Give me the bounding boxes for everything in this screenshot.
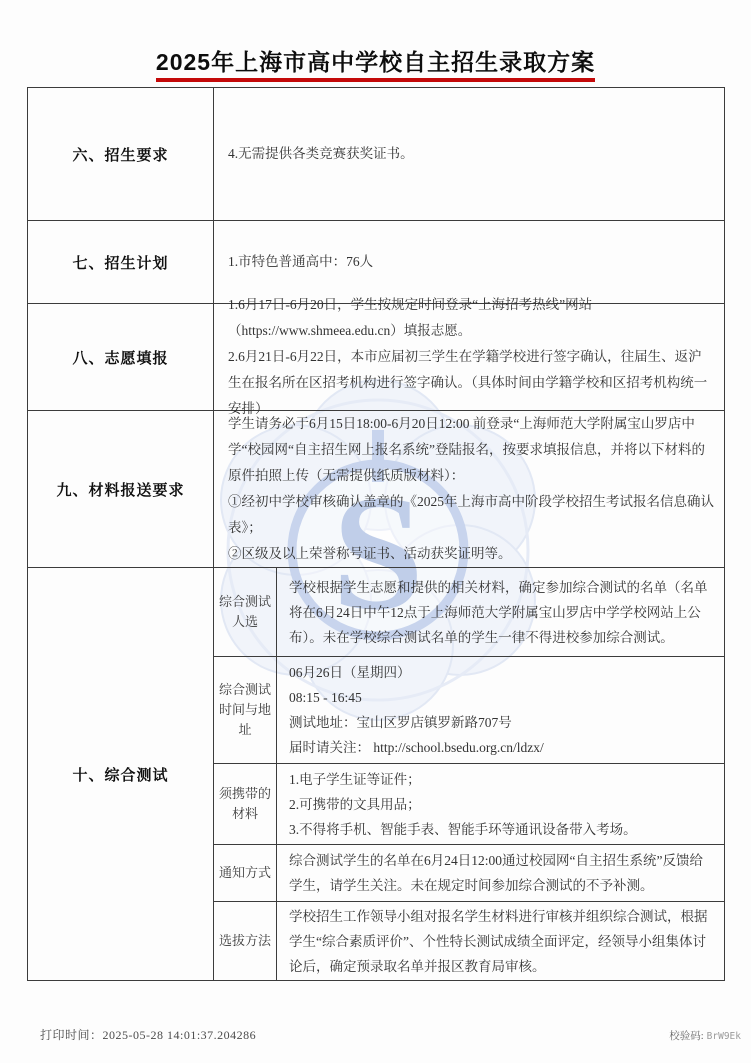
page-title: 2025年上海市高中学校自主招生录取方案 (0, 44, 751, 82)
check-code: 校验码:BrW9Ek (669, 1028, 741, 1043)
row-label: 九、材料报送要求 (28, 411, 214, 567)
sub-row-candidates: 综合测试人选 学校根据学生志愿和提供的相关材料，确定参加综合测试的名单（名单将在… (214, 568, 724, 657)
sub-row-label: 选拔方法 (214, 902, 277, 980)
sub-row-content: 学校招生工作领导小组对报名学生材料进行审核并组织综合测试，根据学生“综合素质评价… (277, 902, 724, 980)
row-content-text: 4.无需提供各类竞赛获奖证书。 (228, 141, 714, 167)
sub-row-label: 综合测试人选 (214, 568, 277, 656)
row-content: 4.无需提供各类竞赛获奖证书。 (214, 88, 724, 220)
sub-row-content: 1.电子学生证等证件； 2.可携带的文具用品； 3.不得将手机、智能手表、智能手… (277, 764, 724, 844)
sub-row-content-text: 06月26日（星期四） 08:15 - 16:45 测试地址：宝山区罗店镇罗新路… (289, 660, 716, 760)
sub-row-content: 综合测试学生的名单在6月24日12:00通过校园网“自主招生系统”反馈给学生，请… (277, 845, 724, 901)
comprehensive-test-subtable: 综合测试人选 学校根据学生志愿和提供的相关材料，确定参加综合测试的名单（名单将在… (214, 568, 724, 980)
page-footer: 打印时间：2025-05-28 14:01:37.204286 校验码:BrW9… (0, 1022, 751, 1052)
table-row-application: 八、志愿填报 1.6月17日-6月20日，学生按规定时间登录“上海招考热线”网站… (28, 304, 724, 411)
row-content: 1.市特色普通高中：76人 (214, 221, 724, 303)
print-time: 打印时间：2025-05-28 14:01:37.204286 (40, 1026, 256, 1043)
enrollment-plan-table: 六、招生要求 4.无需提供各类竞赛获奖证书。 七、招生计划 1.市特色普通高中：… (27, 87, 725, 981)
row-label: 七、招生计划 (28, 221, 214, 303)
row-label: 八、志愿填报 (28, 304, 214, 410)
sub-row-label: 须携带的材料 (214, 764, 277, 844)
row-content-text: 1.市特色普通高中：76人 (228, 249, 714, 275)
sub-row-content: 学校根据学生志愿和提供的相关材料，确定参加综合测试的名单（名单将在6月24日中午… (277, 568, 724, 656)
row-label: 六、招生要求 (28, 88, 214, 220)
sub-row-content-text: 学校根据学生志愿和提供的相关材料，确定参加综合测试的名单（名单将在6月24日中午… (289, 575, 716, 650)
sub-row-required-items: 须携带的材料 1.电子学生证等证件； 2.可携带的文具用品； 3.不得将手机、智… (214, 764, 724, 845)
sub-row-notification: 通知方式 综合测试学生的名单在6月24日12:00通过校园网“自主招生系统”反馈… (214, 845, 724, 902)
table-row-comprehensive-test: 十、综合测试 综合测试人选 学校根据学生志愿和提供的相关材料，确定参加综合测试的… (28, 568, 724, 980)
sub-row-content-text: 1.电子学生证等证件； 2.可携带的文具用品； 3.不得将手机、智能手表、智能手… (289, 767, 716, 842)
check-code-label: 校验码: (669, 1031, 703, 1042)
sub-row-time-place: 综合测试时间与地址 06月26日（星期四） 08:15 - 16:45 测试地址… (214, 657, 724, 764)
row-content-text: 学生请务必于6月15日18:00-6月20日12:00 前登录“上海师范大学附属… (228, 411, 714, 567)
check-code-value: BrW9Ek (707, 1031, 741, 1042)
sub-row-label: 综合测试时间与地址 (214, 657, 277, 763)
row-content: 1.6月17日-6月20日，学生按规定时间登录“上海招考热线”网站 （https… (214, 304, 724, 410)
sub-row-content-text: 综合测试学生的名单在6月24日12:00通过校园网“自主招生系统”反馈给学生，请… (289, 848, 716, 898)
sub-row-content: 06月26日（星期四） 08:15 - 16:45 测试地址：宝山区罗店镇罗新路… (277, 657, 724, 763)
sub-row-selection-method: 选拔方法 学校招生工作领导小组对报名学生材料进行审核并组织综合测试，根据学生“综… (214, 902, 724, 980)
table-row-recruit-requirements: 六、招生要求 4.无需提供各类竞赛获奖证书。 (28, 88, 724, 221)
row-label: 十、综合测试 (28, 568, 214, 980)
row-content-text: 1.6月17日-6月20日，学生按规定时间登录“上海招考热线”网站 （https… (228, 292, 714, 422)
table-row-materials: 九、材料报送要求 学生请务必于6月15日18:00-6月20日12:00 前登录… (28, 411, 724, 568)
sub-row-content-text: 学校招生工作领导小组对报名学生材料进行审核并组织综合测试，根据学生“综合素质评价… (289, 904, 716, 979)
row-content: 学生请务必于6月15日18:00-6月20日12:00 前登录“上海师范大学附属… (214, 411, 724, 567)
page-title-text: 2025年上海市高中学校自主招生录取方案 (156, 44, 595, 82)
sub-row-label: 通知方式 (214, 845, 277, 901)
